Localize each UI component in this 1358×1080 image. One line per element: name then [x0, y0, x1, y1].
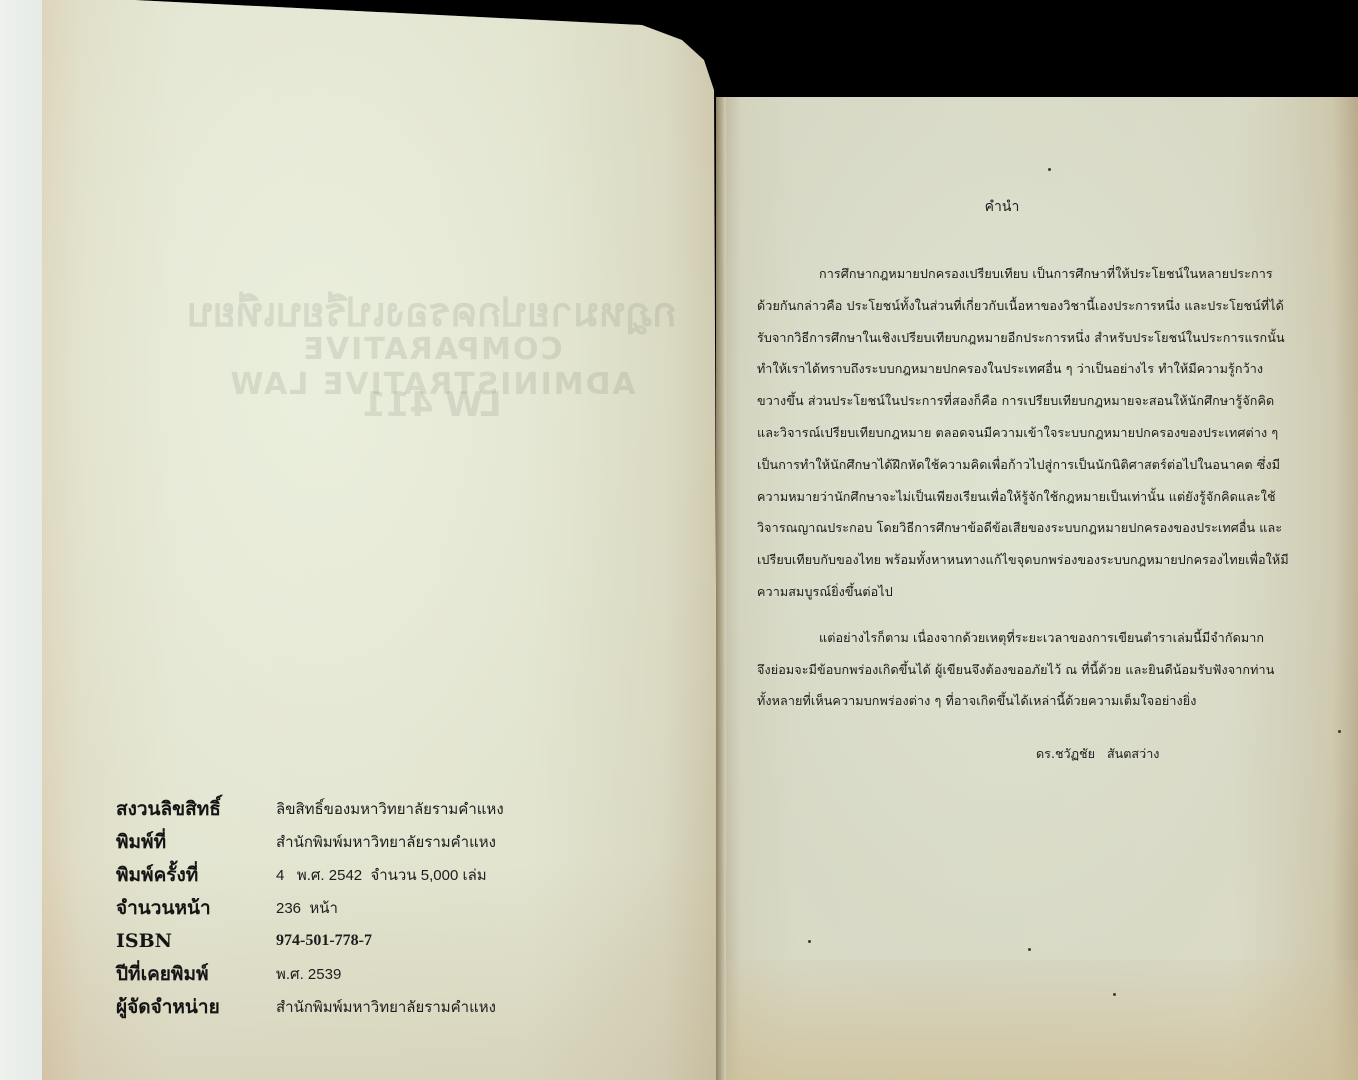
imprint-row-distributor: ผู้จัดจำหน่าย สำนักพิมพ์มหาวิทยาลัยรามคำ…: [116, 990, 504, 1023]
preface: คำนำ การศึกษากฎหมายปกครองเปรียบเทียบ เป็…: [757, 196, 1297, 717]
preface-paragraph-1: การศึกษากฎหมายปกครองเปรียบเทียบ เป็นการศ…: [757, 258, 1297, 608]
paper-speck: [808, 940, 811, 943]
preface-line: เป็นการทำให้นักศึกษาได้ฝึกหัดใช้ความคิดเ…: [757, 449, 1297, 481]
imprint-row-printer: พิมพ์ที่ สำนักพิมพ์มหาวิทยาลัยรามคำแหง: [116, 825, 504, 858]
author-signature: ดร.ชวัฏชัย สันตสว่าง: [1036, 744, 1159, 764]
imprint-row-previous-print: ปีที่เคยพิมพ์ พ.ศ. 2539: [116, 957, 504, 990]
background-white-surface: [0, 0, 42, 1080]
imprint-value: สำนักพิมพ์มหาวิทยาลัยรามคำแหง: [276, 995, 496, 1019]
imprint-label: สงวนลิขสิทธิ์: [116, 794, 276, 824]
imprint-row-isbn: ISBN 974-501-778-7: [116, 924, 504, 957]
preface-paragraph-2: แต่อย่างไรก็ตาม เนื่องจากด้วยเหตุที่ระยะ…: [757, 622, 1297, 717]
imprint-value: 974-501-778-7: [276, 932, 372, 950]
paper-speck: [1113, 993, 1116, 996]
imprint-label: พิมพ์ที่: [116, 827, 276, 857]
imprint-value: 236 หน้า: [276, 896, 338, 920]
imprint-value: 4 พ.ศ. 2542 จำนวน 5,000 เล่ม: [276, 863, 487, 887]
imprint-label: พิมพ์ครั้งที่: [116, 860, 276, 890]
preface-line: ความหมายว่านักศึกษาจะไม่เป็นเพียงเรียนเพ…: [757, 481, 1297, 513]
showthrough-course-code: LW 411: [182, 385, 682, 425]
preface-line: ทำให้เราได้ทราบถึงระบบกฎหมายปกครองในประเ…: [757, 353, 1297, 385]
imprint-value: ลิขสิทธิ์ของมหาวิทยาลัยรามคำแหง: [276, 797, 504, 821]
imprint-value: สำนักพิมพ์มหาวิทยาลัยรามคำแหง: [276, 830, 496, 854]
imprint-value: พ.ศ. 2539: [276, 962, 341, 986]
imprint-label: ผู้จัดจำหน่าย: [116, 992, 276, 1022]
page-stain: [722, 960, 1358, 1080]
paper-speck: [1338, 730, 1341, 733]
preface-line: แต่อย่างไรก็ตาม เนื่องจากด้วยเหตุที่ระยะ…: [757, 622, 1297, 654]
imprint-label: จำนวนหน้า: [116, 893, 276, 923]
preface-line: จึงย่อมจะมีข้อบกพร่องเกิดขึ้นได้ ผู้เขีย…: [757, 654, 1297, 686]
preface-line: วิจารณญาณประกอบ โดยวิธีการศึกษาข้อดีข้อเ…: [757, 512, 1297, 544]
preface-line: ด้วยกันกล่าวคือ ประโยชน์ทั้งในส่วนที่เกี…: [757, 290, 1297, 322]
imprint-row-pages: จำนวนหน้า 236 หน้า: [116, 891, 504, 924]
preface-line: รับจากวิธีการศึกษาในเชิงเปรียบเทียบกฎหมา…: [757, 322, 1297, 354]
preface-line: ความสมบูรณ์ยิ่งขึ้นต่อไป: [757, 576, 1297, 608]
preface-line: การศึกษากฎหมายปกครองเปรียบเทียบ เป็นการศ…: [757, 258, 1297, 290]
imprint-row-copyright: สงวนลิขสิทธิ์ ลิขสิทธิ์ของมหาวิทยาลัยราม…: [116, 792, 504, 825]
imprint-table: สงวนลิขสิทธิ์ ลิขสิทธิ์ของมหาวิทยาลัยราม…: [116, 792, 504, 1023]
paper-speck: [1048, 168, 1051, 171]
preface-title: คำนำ: [757, 196, 1247, 218]
preface-line: เปรียบเทียบกับของไทย พร้อมทั้งหาหนทางแก้…: [757, 544, 1297, 576]
preface-line: ขวางขึ้น ส่วนประโยชน์ในประการที่สองก็คือ…: [757, 385, 1297, 417]
preface-line: ทั้งหลายที่เห็นความบกพร่องต่าง ๆ ที่อาจเ…: [757, 685, 1297, 717]
book-gutter: [716, 97, 726, 1080]
imprint-row-edition: พิมพ์ครั้งที่ 4 พ.ศ. 2542 จำนวน 5,000 เล…: [116, 858, 504, 891]
paper-speck: [1028, 948, 1031, 951]
preface-line: และวิจารณ์เปรียบเทียบกฎหมาย ตลอดจนมีความ…: [757, 417, 1297, 449]
imprint-label: ปีที่เคยพิมพ์: [116, 959, 276, 989]
imprint-label: ISBN: [116, 930, 276, 952]
